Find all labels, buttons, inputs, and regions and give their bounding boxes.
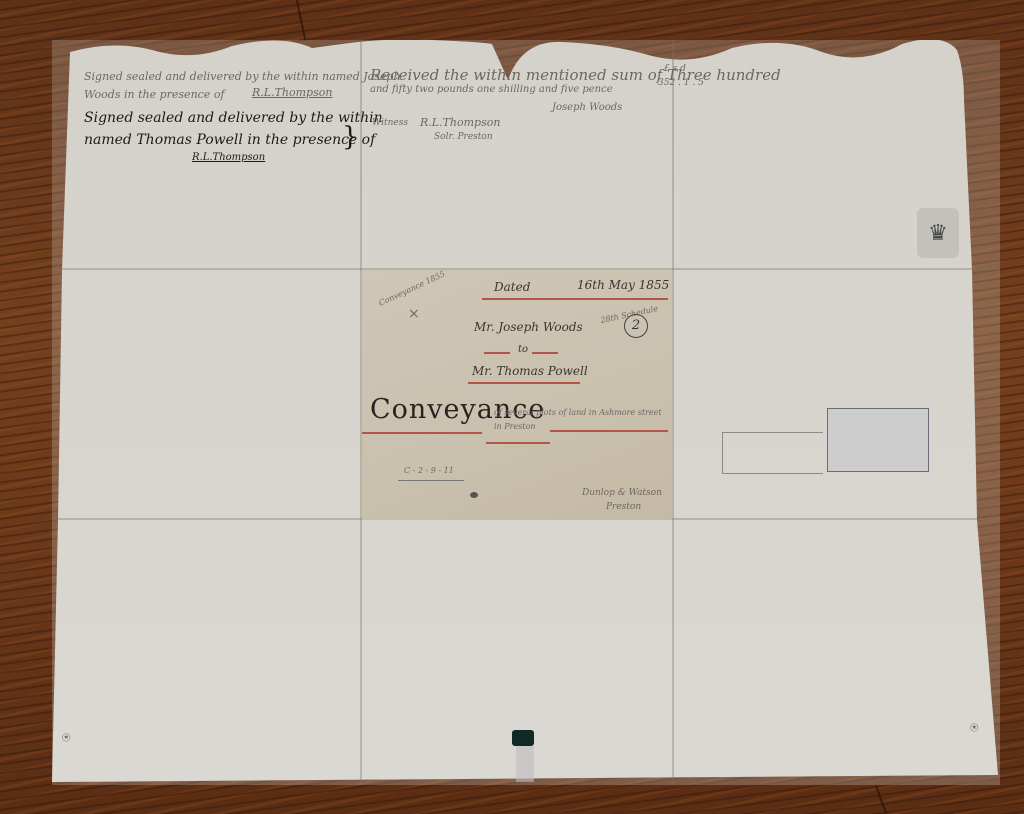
pencil-x-mark: ×	[408, 306, 420, 322]
corner-damage-mark: ⍟	[970, 720, 978, 736]
solicitor-place: Preston	[606, 502, 641, 512]
to-label: to	[518, 344, 528, 355]
red-rule	[532, 352, 558, 354]
witness-label: Witness	[372, 118, 408, 128]
party-from: Mr. Joseph Woods	[474, 320, 583, 334]
pencil-rule	[398, 480, 464, 481]
red-rule	[362, 432, 482, 434]
deed-document: Signed sealed and delivered by the withi…	[52, 40, 1000, 785]
attestation-line: Signed sealed and delivered by the withi…	[84, 110, 383, 126]
crown-stamp-icon: ♛	[917, 208, 959, 258]
pencil-note: Conveyance 1855	[377, 269, 446, 308]
witness-name: R.L.Thompson	[420, 116, 500, 129]
red-rule	[468, 382, 580, 384]
endorsement-cover-panel: Conveyance 1855 × Dated 16th May 1855 28…	[362, 270, 672, 520]
circled-number: 2	[624, 314, 648, 338]
witness-title: Solr. Preston	[434, 132, 493, 142]
solicitor-name: Dunlop & Watson	[582, 488, 662, 498]
attestation-line: named Thomas Powell in the presence of	[84, 132, 375, 148]
attestation-line: Woods in the presence of	[84, 88, 225, 101]
receipt-line: and fifty two pounds one shilling and fi…	[370, 84, 613, 95]
corner-damage-mark: ⍟	[62, 730, 70, 746]
fold-line	[672, 40, 674, 785]
receipt-signature: Joseph Woods	[552, 102, 622, 113]
bracket-mark: }	[342, 122, 359, 152]
receipt-line: Received the within mentioned sum of Thr…	[370, 66, 781, 84]
receipt-line-text: Received the within mentioned sum of Thr…	[370, 66, 781, 84]
plan-sketch-plot	[827, 408, 929, 472]
red-rule	[550, 430, 668, 432]
ink-dot	[470, 492, 478, 498]
amount-value: 352 . 1 . 5	[658, 78, 704, 88]
amount-header: £ s d	[664, 64, 686, 74]
document-date: 16th May 1855	[577, 278, 669, 292]
plan-sketch	[722, 432, 823, 474]
property-description: of several plots of land in Ashmore stre…	[494, 408, 662, 417]
party-to: Mr. Thomas Powell	[472, 364, 588, 378]
witness-signature: R.L.Thompson	[252, 86, 332, 99]
red-rule	[486, 442, 550, 444]
tape-patch	[516, 746, 534, 782]
red-rule	[482, 298, 668, 300]
pencil-note: C - 2 - 9 - 11	[404, 466, 454, 475]
witness-signature: R.L.Thompson	[192, 152, 265, 163]
ink-blot	[512, 730, 534, 746]
red-rule	[484, 352, 510, 354]
dated-label: Dated	[494, 280, 530, 294]
attestation-line: Signed sealed and delivered by the withi…	[84, 70, 401, 83]
property-location: in Preston	[494, 422, 535, 431]
